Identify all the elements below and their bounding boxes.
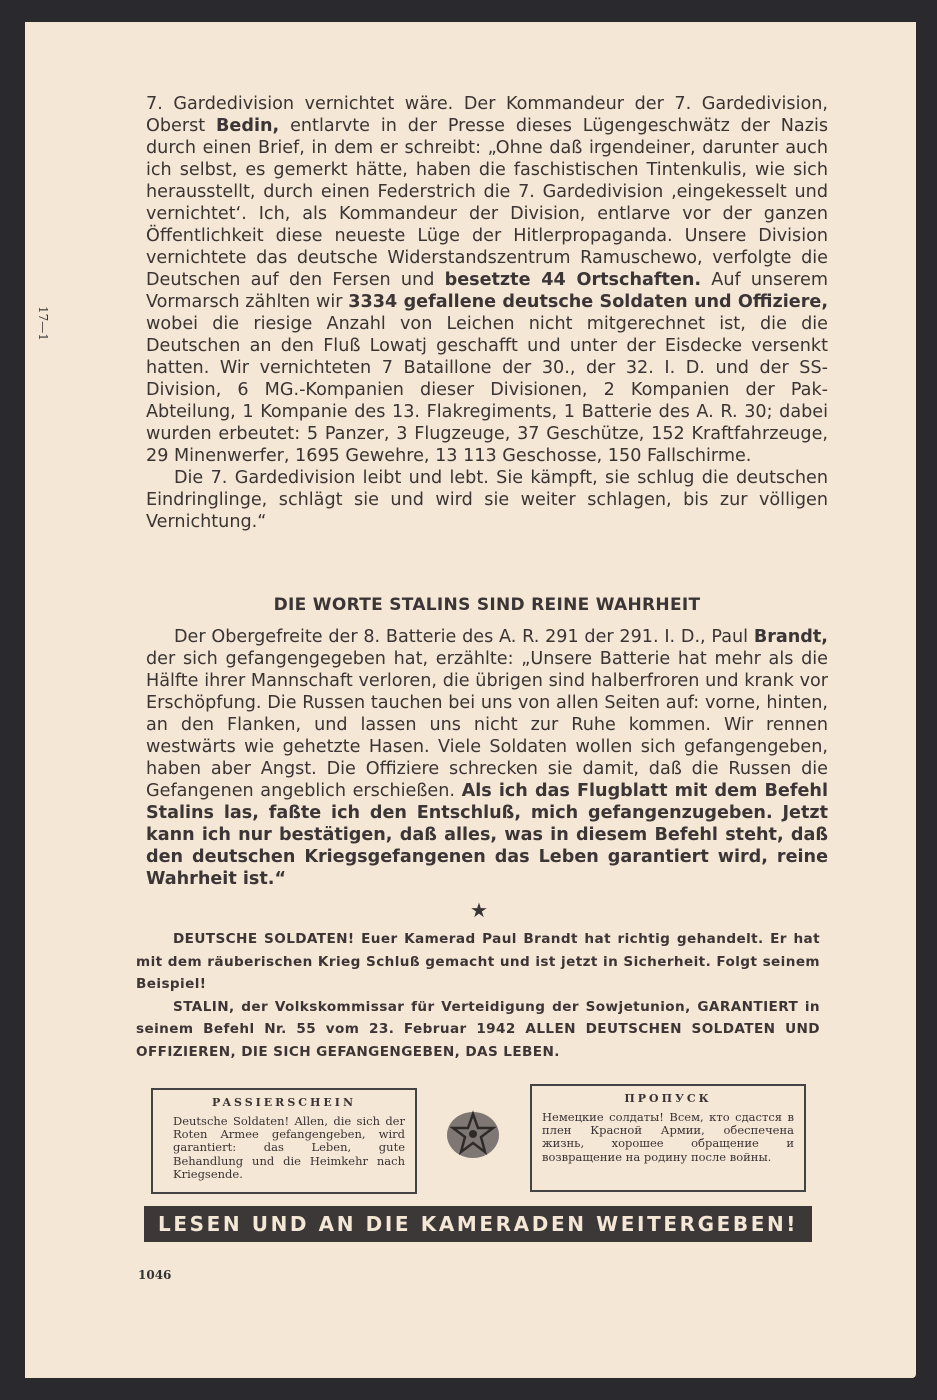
bold-name-brandt: Brandt, bbox=[754, 627, 828, 647]
margin-mark-text: 17—1 bbox=[36, 306, 50, 341]
bold-casualties: 3334 gefallene deutsche Soldaten und Off… bbox=[348, 292, 828, 312]
appeal-stalin-guarantee: STALIN, der Volkskommissar für Verteidig… bbox=[136, 996, 820, 1064]
appeal-soldiers: DEUTSCHE SOLDATEN! Euer Kamerad Paul Bra… bbox=[136, 928, 820, 996]
appeal-block: DEUTSCHE SOLDATEN! Euer Kamerad Paul Bra… bbox=[136, 928, 820, 1063]
text-run: wobei die riesige Anzahl von Leichen nic… bbox=[146, 314, 828, 466]
pass-on-banner: LESEN UND AN DIE KAMERADEN WEITERGEBEN! bbox=[144, 1206, 812, 1242]
text-run: der sich gefangengegeben hat, erzählte: … bbox=[146, 649, 828, 801]
propusk-box: ПРОПУСК Немецкие солдаты! Всем, кто сдас… bbox=[530, 1084, 806, 1192]
paragraph-division-lives: Die 7. Gardedivision leibt und lebt. Sie… bbox=[146, 467, 828, 533]
text-run: Der Obergefreite der 8. Batterie des A. … bbox=[174, 627, 754, 647]
passierschein-box: PASSIERSCHEIN Deutsche Soldaten! Allen, … bbox=[151, 1088, 417, 1194]
margin-mark: 17—1 bbox=[36, 306, 52, 356]
propusk-body: Немецкие солдаты! Всем, кто сдастся в пл… bbox=[542, 1111, 794, 1164]
bold-name-bedin: Bedin, bbox=[216, 116, 279, 136]
bold-occupied-villages: besetzte 44 Ortschaften. bbox=[445, 270, 701, 290]
text-run: entlarvte in der Presse dieses Lügengesc… bbox=[146, 116, 828, 290]
body-text-block-1: 7. Gardedivision vernichtet wäre. Der Ko… bbox=[146, 93, 828, 533]
body-text-block-2: Der Obergefreite der 8. Batterie des A. … bbox=[146, 626, 828, 890]
document-number: 1046 bbox=[138, 1268, 171, 1282]
passierschein-title: PASSIERSCHEIN bbox=[153, 1096, 415, 1109]
propusk-title: ПРОПУСК bbox=[532, 1092, 804, 1105]
star-icon: ★ bbox=[470, 898, 488, 922]
passierschein-body: Deutsche Soldaten! Allen, die sich der R… bbox=[173, 1115, 405, 1181]
paragraph-brandt-testimony: Der Obergefreite der 8. Batterie des A. … bbox=[146, 626, 828, 890]
section-heading: DIE WORTE STALINS SIND REINE WAHRHEIT bbox=[146, 595, 828, 615]
paragraph-bedin-letter: 7. Gardedivision vernichtet wäre. Der Ko… bbox=[146, 93, 828, 467]
soviet-emblem-icon bbox=[443, 1108, 503, 1160]
